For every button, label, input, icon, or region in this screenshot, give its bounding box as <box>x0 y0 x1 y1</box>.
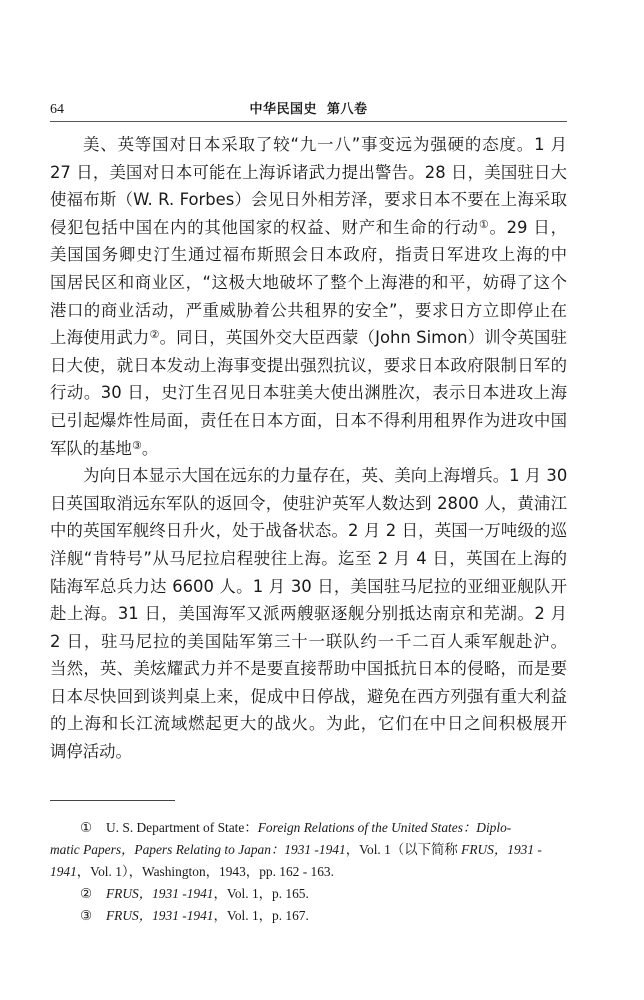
text-line: 行动。30 日，史汀生召见日本驻美大使出渊胜次，表示日本进攻上海 <box>50 379 567 407</box>
text-segment: 上海使用武力 <box>50 328 150 347</box>
text-line: 27 日，美国对日本可能在上海诉诸武力提出警告。28 日，美国驻日大 <box>50 159 567 187</box>
footnote-title: FRUS，1931 -1941 <box>106 908 214 923</box>
text-segment: 军队的基地 <box>50 439 132 458</box>
text-line: 中的英国军舰终日升火，处于战备状态。2 月 2 日，英国一万吨级的巡 <box>50 517 567 545</box>
volume-label: 第八卷 <box>327 102 368 117</box>
text-line: 当然，英、美炫耀武力并不是要直接帮助中国抵抗日本的侵略，而是要 <box>50 655 567 683</box>
footnote-title: matic Papers，Papers Relating to Japan：19… <box>50 842 346 857</box>
footnote-text: U. S. Department of State： <box>106 820 258 835</box>
footnote-1-cont: 1941，Vol. 1），Washington，1943，pp. 162 - 1… <box>50 861 567 883</box>
footnote-title: 1941 <box>50 864 77 879</box>
text-line: 军队的基地③。 <box>50 435 567 463</box>
paragraph-2: 为向日本显示大国在远东的力量存在，英、美向上海增兵。1 月 30 日英国取消远东… <box>50 462 567 766</box>
text-line: 美、英等国对日本采取了较“九一八”事变远为强硬的态度。1 月 <box>50 131 567 159</box>
text-line: 为向日本显示大国在远东的力量存在，英、美向上海增兵。1 月 30 <box>50 462 567 490</box>
text-segment: 侵犯包括中国在内的其他国家的权益、财产和生命的行动 <box>50 218 479 237</box>
footnote-1-cont: matic Papers，Papers Relating to Japan：19… <box>50 839 567 861</box>
text-line: 港口的商业活动，严重威胁着公共租界的安全”，要求日方立即停止在 <box>50 297 567 325</box>
text-line: 使福布斯（W. R. Forbes）会见日外相芳泽，要求日本不要在上海采取 <box>50 186 567 214</box>
text-segment: 。同日，英国外交大臣西蒙（John Simon）训令英国驻 <box>160 328 567 347</box>
footnote-text: ，Vol. 1（以下简称 <box>346 842 461 857</box>
text-line: 国居民区和商业区，“这极大地破坏了整个上海港的和平，妨碍了这个 <box>50 269 567 297</box>
text-line: 侵犯包括中国在内的其他国家的权益、财产和生命的行动①。29 日， <box>50 214 567 242</box>
footnote-ref-2[interactable]: ② <box>150 328 160 341</box>
text-segment: 。29 日， <box>489 218 567 237</box>
footnote-title: FRUS，1931 -1941 <box>106 886 214 901</box>
text-line: 洋舰“肯特号”从马尼拉启程驶往上海。迄至 2 月 4 日，英国在上海的 <box>50 545 567 573</box>
text-line: 调停活动。 <box>50 738 567 766</box>
body-text: 美、英等国对日本采取了较“九一八”事变远为强硬的态度。1 月 27 日，美国对日… <box>50 131 567 766</box>
footnote-ref-3[interactable]: ③ <box>132 439 142 452</box>
text-line: 的上海和长江流域燃起更大的战火。为此，它们在中日之间积极展开 <box>50 710 567 738</box>
footnote-text: ，Vol. 1，p. 167. <box>214 908 309 923</box>
text-line: 陆海军总兵力达 6600 人。1 月 30 日，美国驻马尼拉的亚细亚舰队开 <box>50 573 567 601</box>
text-line: 美国国务卿史汀生通过福布斯照会日本政府，指责日军进攻上海的中 <box>50 241 567 269</box>
footnote-1: ①U. S. Department of State：Foreign Relat… <box>50 817 567 839</box>
text-line: 上海使用武力②。同日，英国外交大臣西蒙（John Simon）训令英国驻 <box>50 324 567 352</box>
footnote-text: ，Vol. 1，p. 165. <box>214 886 309 901</box>
footnote-marker: ③ <box>80 905 106 927</box>
footnote-title: FRUS，1931 - <box>461 842 542 857</box>
footnote-marker: ② <box>80 883 106 905</box>
book-title: 中华民国史 <box>249 102 317 117</box>
footnote-text: ，Vol. 1），Washington，1943，pp. 162 - 163. <box>77 864 334 879</box>
text-line: 赴上海。31 日，美国海军又派两艘驱逐舰分别抵达南京和芜湖。2 月 <box>50 600 567 628</box>
paragraph-1: 美、英等国对日本采取了较“九一八”事变远为强硬的态度。1 月 27 日，美国对日… <box>50 131 567 462</box>
footnotes: ①U. S. Department of State：Foreign Relat… <box>50 817 567 927</box>
text-line: 已引起爆炸性局面，责任在日本方面，日本不得利用租界作为进攻中国 <box>50 407 567 435</box>
header-rule <box>50 121 567 122</box>
footnote-rule <box>50 800 175 801</box>
text-line: 日英国取消远东军队的返回令，使驻沪英军人数达到 2800 人，黄浦江 <box>50 490 567 518</box>
footnote-ref-1[interactable]: ① <box>479 218 490 231</box>
text-segment: 。 <box>142 439 158 458</box>
footnote-title: Foreign Relations of the United States：D… <box>258 820 512 835</box>
text-line: 日本尽快回到谈判桌上来，促成中日停战，避免在西方列强有重大利益 <box>50 683 567 711</box>
footnote-3: ③FRUS，1931 -1941，Vol. 1，p. 167. <box>50 905 567 927</box>
footnote-2: ②FRUS，1931 -1941，Vol. 1，p. 165. <box>50 883 567 905</box>
running-title: 中华民国史第八卷 <box>50 102 567 118</box>
text-line: 日大使，就日本发动上海事变提出强烈抗议，要求日本政府限制日军的 <box>50 352 567 380</box>
text-line: 2 日，驻马尼拉的美国陆军第三十一联队约一千二百人乘军舰赴沪。 <box>50 628 567 656</box>
footnote-marker: ① <box>80 817 106 839</box>
page-header: 64 中华民国史第八卷 <box>50 102 567 122</box>
